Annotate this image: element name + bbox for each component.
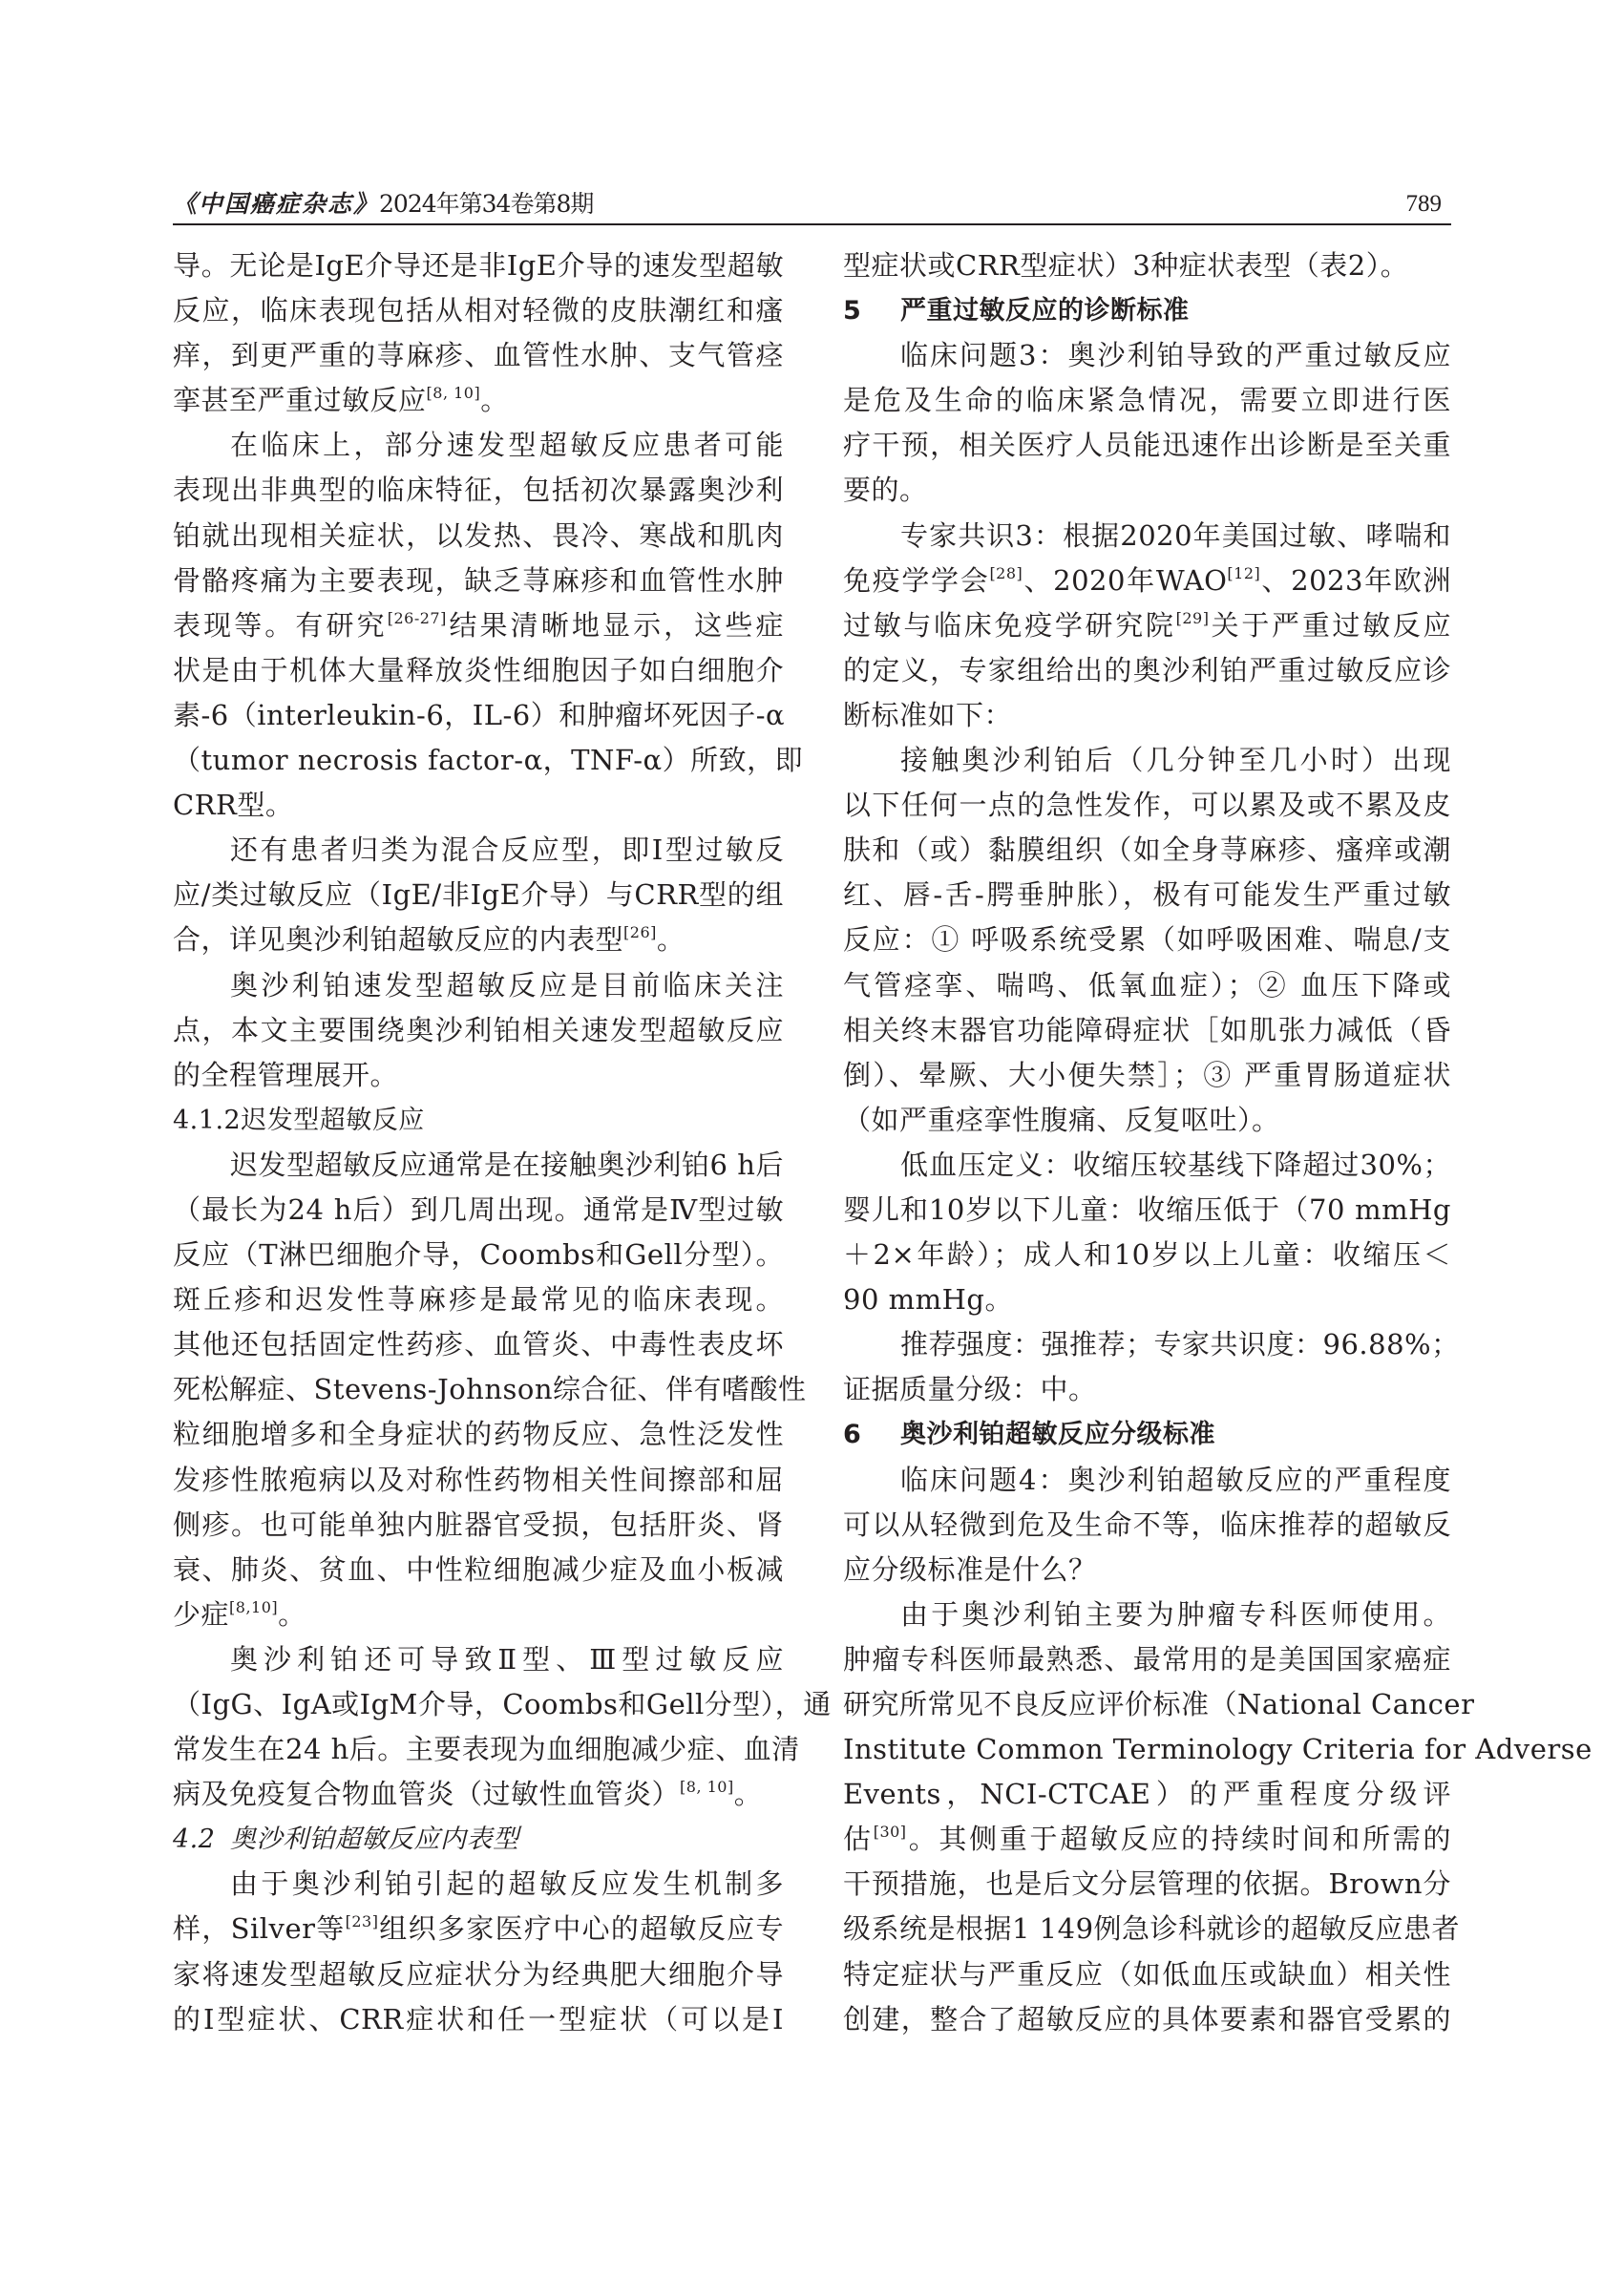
line-text: 接触奥沙利铂后（几分钟至几小时）出现 (900, 744, 1451, 776)
line-text: 其他还包括固定性药疹、血管炎、中毒性表皮坏 (173, 1328, 784, 1360)
line-text: 样，Silver等 (173, 1912, 346, 1945)
line-text: 的Ⅰ型症状、CRR症状和任一型症状（可以是Ⅰ (173, 2003, 784, 2035)
text-line: 常发生在24 h后。主要表现为血细胞减少症、血清 (173, 1727, 784, 1772)
text-line: 由于奥沙利铂主要为肿瘤专科医师使用。 (843, 1592, 1451, 1637)
line-text: 由于奥沙利铂引起的超敏反应发生机制多 (230, 1867, 784, 1900)
line-text: 研究所常见不良反应评价标准（National Cancer (843, 1688, 1474, 1720)
section-number: 5 (843, 288, 900, 333)
line-text: 创建，整合了超敏反应的具体要素和器官受累的 (843, 2003, 1451, 2035)
text-line: 免疫学学会[28]、2020年WAO[12]、2023年欧洲 (843, 559, 1451, 603)
line-text: 迟发型超敏反应通常是在接触奥沙利铂6 h后 (230, 1149, 784, 1181)
text-line: 创建，整合了超敏反应的具体要素和器官受累的 (843, 1997, 1451, 2042)
text-line: 断标准如下： (843, 693, 1451, 738)
line-text: 特定症状与严重反应（如低血压或缺血）相关性 (843, 1958, 1451, 1991)
text-line: 少症[8,10]。 (173, 1592, 784, 1637)
line-text: 级系统是根据1 149例急诊科就诊的超敏反应患者 (843, 1912, 1460, 1945)
line-text: 由于奥沙利铂主要为肿瘤专科医师使用。 (900, 1598, 1451, 1631)
line-text: 严重过敏反应的诊断标准 (900, 296, 1190, 326)
text-line: 反应（T淋巴细胞介导，Coombs和Gell分型）。 (173, 1233, 784, 1277)
text-line: 证据质量分级：中。 (843, 1367, 1451, 1412)
citation-reference: [12] (1227, 564, 1260, 582)
text-line: 推荐强度：强推荐；专家共识度：96.88%； (843, 1322, 1451, 1367)
line-text: 气管痉挛、喘鸣、低氧血症）；② 血压下降或 (843, 969, 1451, 1002)
text-line: （IgG、IgA或IgM介导，Coombs和Gell分型），通 (173, 1682, 784, 1727)
text-line: 级系统是根据1 149例急诊科就诊的超敏反应患者 (843, 1907, 1451, 1951)
line-text: 断标准如下： (843, 699, 1012, 731)
text-line: 90 mmHg。 (843, 1277, 1451, 1322)
text-line: 反应，临床表现包括从相对轻微的皮肤潮红和瘙 (173, 288, 784, 333)
line-text: 粒细胞增多和全身症状的药物反应、急性泛发性 (173, 1418, 784, 1450)
text-line: 可以从轻微到危及生命不等，临床推荐的超敏反 (843, 1503, 1451, 1548)
text-line: 粒细胞增多和全身症状的药物反应、急性泛发性 (173, 1412, 784, 1457)
line-text: Institute Common Terminology Criteria fo… (843, 1733, 1592, 1765)
citation-reference: [8, 10] (427, 384, 481, 402)
section-heading: 5严重过敏反应的诊断标准 (843, 288, 1451, 333)
citation-reference: [28] (989, 564, 1023, 582)
line-text-continued: 、2020年WAO (1023, 564, 1227, 597)
header-rule (173, 223, 1451, 225)
text-line: 导。无论是IgE介导还是非IgE介导的速发型超敏 (173, 243, 784, 288)
text-line: 是危及生命的临床紧急情况，需要立即进行医 (843, 378, 1451, 423)
text-line: 奥沙利铂速发型超敏反应是目前临床关注 (173, 963, 784, 1008)
text-line: ＋2×年龄）；成人和10岁以上儿童：收缩压＜ (843, 1233, 1451, 1277)
line-text: （tumor necrosis factor-α，TNF-α）所致，即 (173, 744, 803, 776)
text-line: 由于奥沙利铂引起的超敏反应发生机制多 (173, 1862, 784, 1907)
line-text: 90 mmHg。 (843, 1283, 1013, 1316)
left-column: 导。无论是IgE介导还是非IgE介导的速发型超敏反应，临床表现包括从相对轻微的皮… (173, 243, 784, 2042)
text-line: 应分级标准是什么？ (843, 1548, 1451, 1592)
citation-reference: [30] (874, 1823, 907, 1841)
text-line: 特定症状与严重反应（如低血压或缺血）相关性 (843, 1952, 1451, 1997)
text-line: 状是由于机体大量释放炎性细胞因子如白细胞介 (173, 648, 784, 693)
line-text-continued: 。 (480, 384, 509, 416)
text-line: 衰、肺炎、贫血、中性粒细胞减少症及血小板减 (173, 1548, 784, 1592)
text-line: 疗干预，相关医疗人员能迅速作出诊断是至关重 (843, 423, 1451, 468)
text-line: 迟发型超敏反应通常是在接触奥沙利铂6 h后 (173, 1143, 784, 1188)
line-text-continued: 。 (278, 1598, 306, 1631)
text-line: 临床问题4：奥沙利铂超敏反应的严重程度 (843, 1458, 1451, 1503)
line-text: 反应：① 呼吸系统受累（如呼吸困难、喘息/支 (843, 923, 1451, 956)
text-line: 估[30]。其侧重于超敏反应的持续时间和所需的 (843, 1817, 1451, 1862)
line-text: 是危及生命的临床紧急情况，需要立即进行医 (843, 384, 1451, 416)
text-line: 的定义，专家组给出的奥沙利铂严重过敏反应诊 (843, 648, 1451, 693)
text-line: （如严重痉挛性腹痛、反复呕吐）。 (843, 1098, 1451, 1143)
text-line: 痒，到更严重的荨麻疹、血管性水肿、支气管痉 (173, 333, 784, 378)
text-line: 点，本文主要围绕奥沙利铂相关速发型超敏反应 (173, 1008, 784, 1053)
section-heading: 6奥沙利铂超敏反应分级标准 (843, 1412, 1451, 1457)
line-text: 婴儿和10岁以下儿童：收缩压低于（70 mmHg (843, 1193, 1451, 1226)
text-line: 铂就出现相关症状，以发热、畏冷、寒战和肌肉 (173, 514, 784, 559)
text-line: 骨骼疼痛为主要表现，缺乏荨麻疹和血管性水肿 (173, 559, 784, 603)
text-line: 型症状或CRR型症状）3种症状表型（表2）。 (843, 243, 1451, 288)
line-text-continued: 。 (657, 923, 685, 956)
text-line: （最长为24 h后）到几周出现。通常是Ⅳ型过敏 (173, 1188, 784, 1233)
line-text: 骨骼疼痛为主要表现，缺乏荨麻疹和血管性水肿 (173, 564, 784, 597)
line-text: 还有患者归类为混合反应型，即Ⅰ型过敏反 (230, 833, 784, 866)
section-number: 4.1.2 (173, 1098, 241, 1143)
text-line: 奥沙利铂还可导致Ⅱ型、Ⅲ型过敏反应 (173, 1637, 784, 1682)
text-line: 研究所常见不良反应评价标准（National Cancer (843, 1682, 1451, 1727)
line-text: 导。无论是IgE介导还是非IgE介导的速发型超敏 (173, 249, 784, 282)
line-text: 铂就出现相关症状，以发热、畏冷、寒战和肌肉 (173, 519, 784, 552)
text-line: 样，Silver等[23]组织多家医疗中心的超敏反应专 (173, 1907, 784, 1951)
text-line: 相关终末器官功能障碍症状［如肌张力减低（昏 (843, 1008, 1451, 1053)
text-line: 反应：① 呼吸系统受累（如呼吸困难、喘息/支 (843, 918, 1451, 962)
line-text: 疗干预，相关医疗人员能迅速作出诊断是至关重 (843, 429, 1451, 461)
citation-reference: [26] (623, 923, 657, 941)
text-line: 婴儿和10岁以下儿童：收缩压低于（70 mmHg (843, 1188, 1451, 1233)
section-heading: 4.2奥沙利铂超敏反应内表型 (173, 1817, 784, 1862)
line-text: （最长为24 h后）到几周出现。通常是Ⅳ型过敏 (173, 1193, 784, 1226)
line-text: 迟发型超敏反应 (241, 1106, 425, 1135)
text-line: 干预措施，也是后文分层管理的依据。Brown分 (843, 1862, 1451, 1907)
line-text: 推荐强度：强推荐；专家共识度：96.88%； (900, 1328, 1460, 1360)
text-line: 气管痉挛、喘鸣、低氧血症）；② 血压下降或 (843, 963, 1451, 1008)
line-text: 临床问题4：奥沙利铂超敏反应的严重程度 (900, 1464, 1451, 1496)
text-line: 发疹性脓疱病以及对称性药物相关性间擦部和屈 (173, 1458, 784, 1503)
line-text-continued: 关于严重过敏反应 (1209, 609, 1451, 642)
line-text: （如严重痉挛性腹痛、反复呕吐）。 (843, 1104, 1280, 1136)
text-line: Events，NCI-CTCAE）的严重程度分级评 (843, 1772, 1451, 1817)
text-line: 红、唇-舌-腭垂肿胀），极有可能发生严重过敏 (843, 873, 1451, 918)
line-text-continued: 。其侧重于超敏反应的持续时间和所需的 (907, 1823, 1451, 1855)
line-text: 相关终末器官功能障碍症状［如肌张力减低（昏 (843, 1014, 1451, 1046)
text-line: CRR型。 (173, 783, 784, 828)
text-line: 接触奥沙利铂后（几分钟至几小时）出现 (843, 738, 1451, 783)
line-text: 衰、肺炎、贫血、中性粒细胞减少症及血小板减 (173, 1553, 784, 1586)
line-text: 表现等。有研究 (173, 609, 388, 642)
line-text: 应/类过敏反应（IgE/非IgE介导）与CRR型的组 (173, 878, 784, 911)
text-line: 其他还包括固定性药疹、血管炎、中毒性表皮坏 (173, 1322, 784, 1367)
journal-issue: 2024年第34卷第8期 (379, 190, 593, 218)
line-text-continued: 结果清晰地显示，这些症 (447, 609, 784, 642)
section-number: 4.2 (173, 1817, 230, 1862)
line-text: 奥沙利铂还可导致Ⅱ型、Ⅲ型过敏反应 (230, 1643, 784, 1676)
line-text: 专家共识3：根据2020年美国过敏、哮喘和 (900, 519, 1451, 552)
page-number: 789 (1406, 189, 1443, 220)
text-line: 表现等。有研究[26-27]结果清晰地显示，这些症 (173, 603, 784, 648)
line-text-continued: 。 (734, 1778, 763, 1810)
citation-reference: [29] (1176, 609, 1210, 627)
line-text: 临床问题3：奥沙利铂导致的严重过敏反应 (900, 339, 1451, 371)
line-text: （IgG、IgA或IgM介导，Coombs和Gell分型），通 (173, 1688, 832, 1720)
text-line: 合，详见奥沙利铂超敏反应的内表型[26]。 (173, 918, 784, 962)
line-text-continued: 组织多家医疗中心的超敏反应专 (378, 1912, 784, 1945)
line-text: 侧疹。也可能单独内脏器官受损，包括肝炎、肾 (173, 1508, 784, 1541)
line-text: 少症 (173, 1598, 229, 1631)
text-line: 家将速发型超敏反应症状分为经典肥大细胞介导 (173, 1952, 784, 1997)
line-text: 病及免疫复合物血管炎（过敏性血管炎） (173, 1778, 680, 1810)
text-line: 低血压定义：收缩压较基线下降超过30%； (843, 1143, 1451, 1188)
text-line: Institute Common Terminology Criteria fo… (843, 1727, 1451, 1772)
section-number: 6 (843, 1412, 900, 1457)
line-text: 家将速发型超敏反应症状分为经典肥大细胞介导 (173, 1958, 784, 1991)
text-line: 应/类过敏反应（IgE/非IgE介导）与CRR型的组 (173, 873, 784, 918)
line-text: 红、唇-舌-腭垂肿胀），极有可能发生严重过敏 (843, 878, 1451, 911)
line-text: 奥沙利铂速发型超敏反应是目前临床关注 (230, 969, 784, 1002)
line-text: 倒）、晕厥、大小便失禁］；③ 严重胃肠道症状 (843, 1059, 1451, 1091)
line-text: Events，NCI-CTCAE）的严重程度分级评 (843, 1778, 1451, 1810)
line-text: 素-6（interleukin-6，IL-6）和肿瘤坏死因子-α (173, 699, 785, 731)
section-heading: 4.1.2迟发型超敏反应 (173, 1098, 784, 1143)
line-text: 的全程管理展开。 (173, 1059, 398, 1091)
line-text: 免疫学学会 (843, 564, 989, 597)
line-text-continued: 、2023年欧洲 (1260, 564, 1451, 597)
text-line: 倒）、晕厥、大小便失禁］；③ 严重胃肠道症状 (843, 1053, 1451, 1098)
text-line: 死松解症、Stevens-Johnson综合征、伴有嗜酸性 (173, 1367, 784, 1412)
text-line: 的全程管理展开。 (173, 1053, 784, 1098)
line-text: 肤和（或）黏膜组织（如全身荨麻疹、瘙痒或潮 (843, 833, 1451, 866)
journal-citation: 《中国癌症杂志》2024年第34卷第8期 (173, 189, 593, 220)
line-text: 挛甚至严重过敏反应 (173, 384, 427, 416)
citation-reference: [8,10] (229, 1598, 278, 1616)
line-text: ＋2×年龄）；成人和10岁以上儿童：收缩压＜ (843, 1238, 1451, 1271)
line-text: 要的。 (843, 474, 928, 506)
line-text: 应分级标准是什么？ (843, 1553, 1097, 1586)
line-text: 死松解症、Stevens-Johnson综合征、伴有嗜酸性 (173, 1373, 807, 1405)
line-text: 常发生在24 h后。主要表现为血细胞减少症、血清 (173, 1733, 800, 1765)
text-line: 斑丘疹和迟发性荨麻疹是最常见的临床表现。 (173, 1277, 784, 1322)
text-line: 专家共识3：根据2020年美国过敏、哮喘和 (843, 514, 1451, 559)
line-text: 干预措施，也是后文分层管理的依据。Brown分 (843, 1867, 1451, 1900)
line-text: 以下任何一点的急性发作，可以累及或不累及皮 (843, 789, 1451, 821)
line-text: 痒，到更严重的荨麻疹、血管性水肿、支气管痉 (173, 339, 784, 371)
text-line: 还有患者归类为混合反应型，即Ⅰ型过敏反 (173, 828, 784, 873)
line-text: 型症状或CRR型症状）3种症状表型（表2）。 (843, 249, 1408, 282)
citation-reference: [26-27] (388, 609, 447, 627)
line-text: 证据质量分级：中。 (843, 1373, 1097, 1405)
line-text: 反应，临床表现包括从相对轻微的皮肤潮红和瘙 (173, 294, 784, 327)
line-text: 状是由于机体大量释放炎性细胞因子如白细胞介 (173, 654, 784, 686)
text-line: 过敏与临床免疫学研究院[29]关于严重过敏反应 (843, 603, 1451, 648)
text-line: 的Ⅰ型症状、CRR症状和任一型症状（可以是Ⅰ (173, 1997, 784, 2042)
text-line: 要的。 (843, 468, 1451, 513)
text-line: 病及免疫复合物血管炎（过敏性血管炎）[8, 10]。 (173, 1772, 784, 1817)
citation-reference: [8, 10] (680, 1778, 734, 1796)
text-line: 素-6（interleukin-6，IL-6）和肿瘤坏死因子-α (173, 693, 784, 738)
line-text: 低血压定义：收缩压较基线下降超过30%； (900, 1149, 1451, 1181)
line-text: 可以从轻微到危及生命不等，临床推荐的超敏反 (843, 1508, 1451, 1541)
line-text: 肿瘤专科医师最熟悉、最常用的是美国国家癌症 (843, 1643, 1451, 1676)
line-text: 过敏与临床免疫学研究院 (843, 609, 1176, 642)
text-line: 肿瘤专科医师最熟悉、最常用的是美国国家癌症 (843, 1637, 1451, 1682)
text-line: （tumor necrosis factor-α，TNF-α）所致，即 (173, 738, 784, 783)
running-header: 《中国癌症杂志》2024年第34卷第8期 789 (173, 187, 1451, 225)
journal-name: 《中国癌症杂志》 (173, 190, 379, 218)
citation-reference: [23] (346, 1912, 379, 1930)
text-line: 临床问题3：奥沙利铂导致的严重过敏反应 (843, 333, 1451, 378)
line-text: 反应（T淋巴细胞介导，Coombs和Gell分型）。 (173, 1238, 784, 1271)
line-text: CRR型。 (173, 789, 293, 821)
line-text: 估 (843, 1823, 874, 1855)
text-line: 以下任何一点的急性发作，可以累及或不累及皮 (843, 783, 1451, 828)
line-text: 表现出非典型的临床特征，包括初次暴露奥沙利 (173, 474, 784, 506)
line-text: 的定义，专家组给出的奥沙利铂严重过敏反应诊 (843, 654, 1451, 686)
line-text: 发疹性脓疱病以及对称性药物相关性间擦部和屈 (173, 1464, 784, 1496)
text-line: 挛甚至严重过敏反应[8, 10]。 (173, 378, 784, 423)
right-column: 型症状或CRR型症状）3种症状表型（表2）。5严重过敏反应的诊断标准临床问题3：… (843, 243, 1451, 2042)
text-line: 侧疹。也可能单独内脏器官受损，包括肝炎、肾 (173, 1503, 784, 1548)
line-text: 斑丘疹和迟发性荨麻疹是最常见的临床表现。 (173, 1283, 784, 1316)
text-line: 在临床上，部分速发型超敏反应患者可能 (173, 423, 784, 468)
text-line: 表现出非典型的临床特征，包括初次暴露奥沙利 (173, 468, 784, 513)
line-text: 合，详见奥沙利铂超敏反应的内表型 (173, 923, 623, 956)
line-text: 奥沙利铂超敏反应内表型 (230, 1825, 519, 1854)
line-text: 点，本文主要围绕奥沙利铂相关速发型超敏反应 (173, 1014, 784, 1046)
line-text: 在临床上，部分速发型超敏反应患者可能 (230, 429, 784, 461)
text-line: 肤和（或）黏膜组织（如全身荨麻疹、瘙痒或潮 (843, 828, 1451, 873)
line-text: 奥沙利铂超敏反应分级标准 (900, 1420, 1215, 1449)
